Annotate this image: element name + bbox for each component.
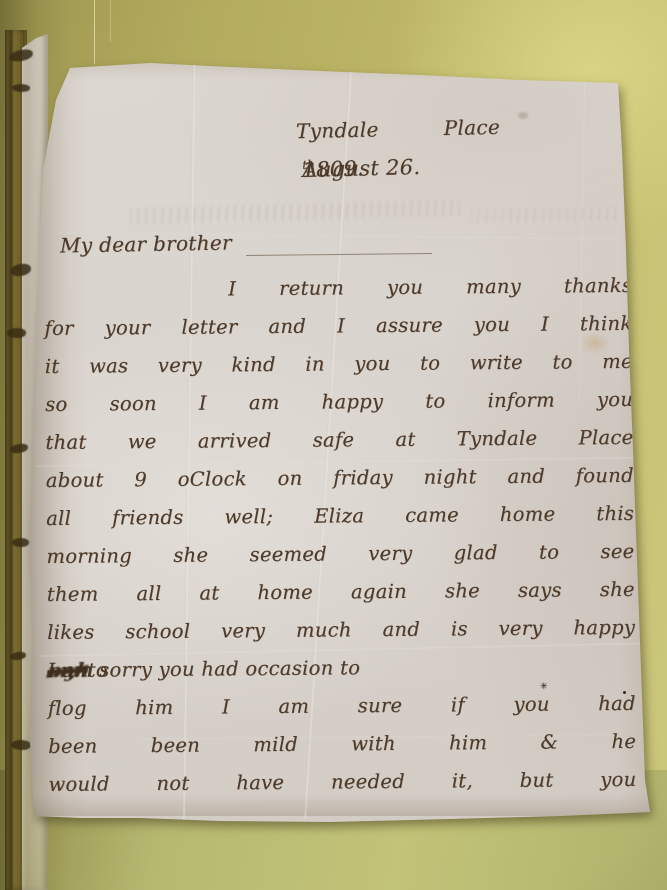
salutation: My dear brother bbox=[60, 231, 232, 258]
letter-line: about 9 oClock on friday night and found bbox=[46, 457, 634, 500]
letter-line: morning she seemed very glad to see bbox=[46, 533, 634, 576]
letter-heading-place: Tyndale Place bbox=[296, 115, 500, 143]
letter-paper: Tyndale Place August 26.th 1809. My dear… bbox=[0, 0, 667, 890]
letter-line: been been mild with him & he bbox=[48, 723, 636, 766]
date-year: 1809. bbox=[302, 156, 364, 182]
letter-line: would not have needed it, but you bbox=[48, 761, 636, 804]
letter-sheet: Tyndale Place August 26.th 1809. My dear… bbox=[0, 0, 667, 890]
ink-blot-mark: ✳ bbox=[540, 682, 548, 692]
letter-line: them all at home again she says she bbox=[47, 571, 635, 614]
paper-edge-shadow-top bbox=[60, 60, 627, 80]
crossed-out-word: myh bbox=[44, 652, 92, 690]
letter-body: I return you many thanks for your letter… bbox=[44, 267, 637, 804]
letter-photograph: Tyndale Place August 26.th 1809. My dear… bbox=[0, 0, 667, 890]
line-text: to bbox=[87, 651, 108, 689]
letter-line: so soon I am happy to inform you bbox=[45, 381, 633, 424]
letter-line: for your letter and I assure you I think bbox=[44, 305, 632, 348]
letter-line: it was very kind in you to write to me bbox=[45, 343, 633, 386]
ink-show-through bbox=[470, 207, 620, 224]
letter-line: that we arrived safe at Tyndale Place bbox=[45, 419, 633, 462]
stain bbox=[518, 112, 528, 119]
letter-line: all friends well; Eliza came home this bbox=[46, 495, 634, 538]
letter-line: likes school very much and is very happy bbox=[47, 609, 635, 652]
letter-line: I return you many thanks bbox=[44, 267, 632, 310]
